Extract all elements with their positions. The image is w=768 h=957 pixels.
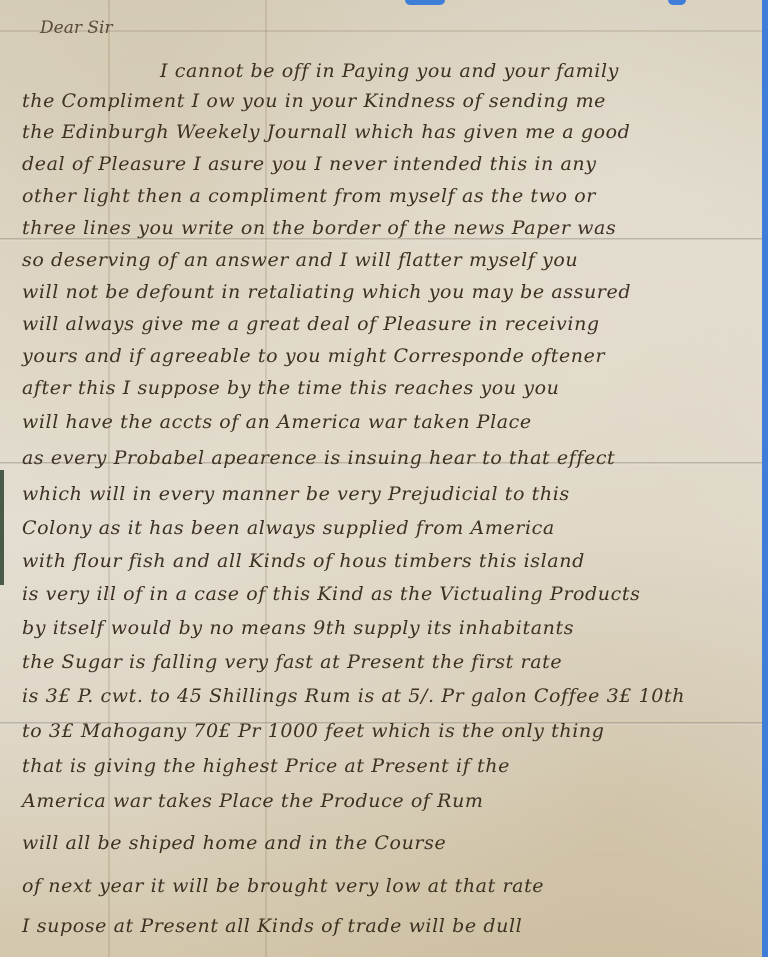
letter-line: yours and if agreeable to you might Corr…	[22, 345, 752, 367]
letter-line: other light then a compliment from mysel…	[22, 185, 752, 207]
letter-line: so deserving of an answer and I will fla…	[22, 249, 752, 271]
letter-line: that is giving the highest Price at Pres…	[22, 755, 752, 777]
letter-body: Dear Sir I cannot be off in Paying you a…	[0, 0, 762, 957]
letter-line: to 3£ Mahogany 70£ Pr 1000 feet which is…	[22, 720, 752, 742]
letter-line: will not be defount in retaliating which…	[22, 281, 752, 303]
letter-line: America war takes Place the Produce of R…	[22, 790, 752, 812]
letter-line: as every Probabel apearence is insuing h…	[22, 447, 752, 469]
letter-line: with flour fish and all Kinds of hous ti…	[22, 550, 752, 572]
letter-line: after this I suppose by the time this re…	[22, 377, 752, 399]
letter-line: is 3£ P. cwt. to 45 Shillings Rum is at …	[22, 685, 752, 707]
letter-line: I supose at Present all Kinds of trade w…	[22, 915, 752, 937]
letter-line: of next year it will be brought very low…	[22, 875, 752, 897]
letter-line: will all be shiped home and in the Cours…	[22, 832, 752, 854]
letter-line: I cannot be off in Paying you and your f…	[160, 60, 750, 82]
letter-line: will always give me a great deal of Plea…	[22, 313, 752, 335]
letter-line: by itself would by no means 9th supply i…	[22, 617, 752, 639]
letter-page: Dear Sir I cannot be off in Paying you a…	[0, 0, 762, 957]
letter-line: which will in every manner be very Preju…	[22, 483, 752, 505]
letter-line: will have the accts of an America war ta…	[22, 411, 752, 433]
letter-line: Colony as it has been always supplied fr…	[22, 517, 752, 539]
letter-line: is very ill of in a case of this Kind as…	[22, 583, 752, 605]
salutation: Dear Sir	[40, 18, 113, 38]
letter-line: the Edinburgh Weekely Journall which has…	[22, 121, 752, 143]
letter-line: the Compliment I ow you in your Kindness…	[22, 90, 752, 112]
letter-line: the Sugar is falling very fast at Presen…	[22, 651, 752, 673]
letter-line: deal of Pleasure I asure you I never int…	[22, 153, 752, 175]
letter-line: three lines you write on the border of t…	[22, 217, 752, 239]
